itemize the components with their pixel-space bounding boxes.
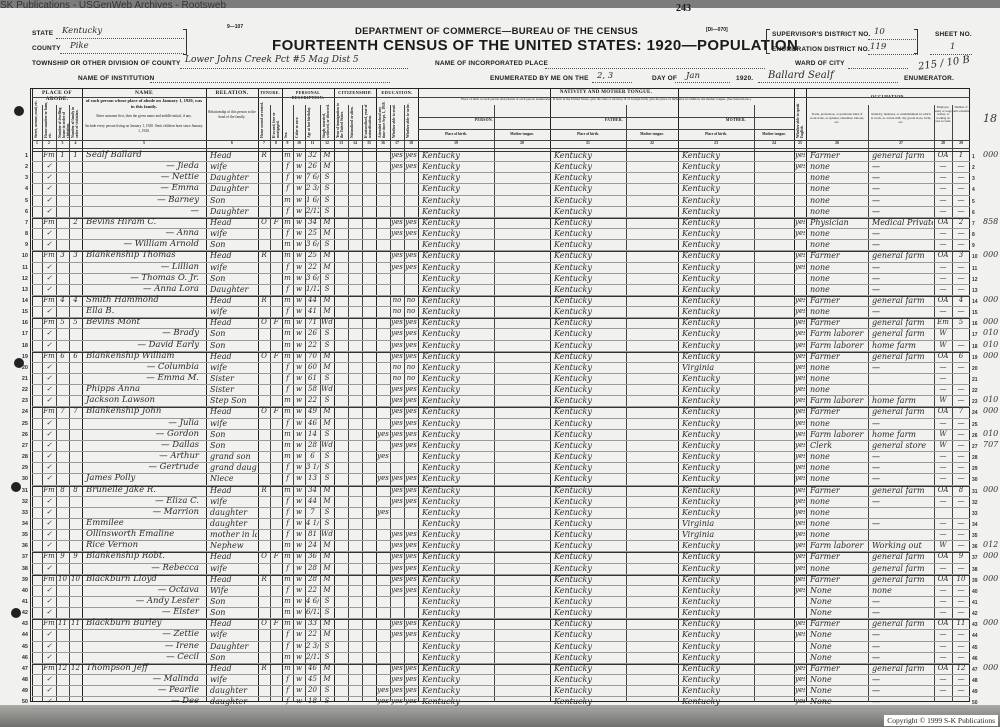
cell-dwelling [57, 607, 68, 618]
cell-mbirth: Virginia [679, 529, 753, 540]
cell-school [377, 195, 389, 206]
line-number-right: 10 [972, 254, 982, 260]
cell-age: 60 [306, 362, 319, 373]
margin-code: 010 [983, 340, 998, 349]
cell-street [33, 351, 41, 362]
cell-owned: R [259, 663, 269, 674]
cell-color: w [294, 418, 304, 429]
name-note-1: Enter surname first, then the given name… [84, 114, 204, 119]
cell-industry: Medical Private practice [869, 217, 933, 228]
line-number: 44 [16, 632, 28, 638]
cell-write [405, 195, 417, 206]
cell-dwelling [57, 183, 68, 194]
cell-relation: Head [207, 217, 257, 228]
cell-trade: Farmer [807, 295, 867, 306]
cell-dwelling [57, 652, 68, 663]
cell-english: yes [795, 451, 805, 462]
cell-street [33, 663, 41, 674]
cell-fbirth: Kentucky [551, 328, 625, 339]
cell-mbirth: Kentucky [679, 183, 753, 194]
cell-color: w [294, 362, 304, 373]
cell-write: yes [405, 563, 417, 574]
cell-marital: S [321, 652, 333, 663]
cell-free [271, 250, 281, 261]
cell-name: — Octava [83, 585, 205, 596]
cell-farm: — [953, 273, 969, 284]
cell-marital: M [321, 228, 333, 239]
cell-house: ✓ [43, 473, 55, 484]
cell-house: Fm [43, 250, 55, 261]
cell-name: James Polly [83, 473, 205, 484]
cell-color: w [294, 429, 304, 440]
cell-sex: f [283, 262, 292, 273]
cell-owned [259, 284, 269, 295]
line-number: 49 [16, 688, 28, 694]
township-label: TOWNSHIP OR OTHER DIVISION OF COUNTY [32, 60, 181, 67]
cell-school: yes [377, 451, 389, 462]
grid-line [418, 129, 794, 130]
cell-owned [259, 340, 269, 351]
cell-write: yes [405, 395, 417, 406]
cell-relation: Head [207, 551, 257, 562]
line-number: 18 [16, 343, 28, 349]
cell-dwelling [57, 473, 68, 484]
cell-write [405, 183, 417, 194]
cell-school [377, 228, 389, 239]
cell-school [377, 629, 389, 640]
cell-mbirth: Kentucky [679, 340, 753, 351]
cell-farm [953, 507, 969, 518]
cell-free [271, 507, 281, 518]
cell-name: Blankenship Robt. [83, 551, 205, 562]
subheader-c15: If naturalized, year of naturalization. [364, 100, 375, 138]
line-number: 24 [16, 409, 28, 415]
cell-birth: Kentucky [419, 284, 493, 295]
cell-write: yes [405, 496, 417, 507]
cell-read [391, 596, 403, 607]
cell-industry: home farm [869, 429, 933, 440]
line-number: 41 [16, 599, 28, 605]
cell-farm: — [953, 362, 969, 373]
cell-relation: Son [207, 652, 257, 663]
cell-write [405, 172, 417, 183]
cell-sex: f [283, 172, 292, 183]
cell-farm: 2 [953, 217, 969, 228]
cell-sex: f [283, 518, 292, 529]
cell-relation: Sister [207, 373, 257, 384]
cell-color: w [294, 328, 304, 339]
cell-write: yes [405, 328, 417, 339]
cell-house: ✓ [43, 641, 55, 652]
cell-emp: — [935, 585, 951, 596]
cell-age: 41 [306, 306, 319, 317]
cell-emp: OA [935, 406, 951, 417]
cell-relation: Son [207, 607, 257, 618]
cell-trade: None [807, 607, 867, 618]
cell-marital: M [321, 563, 333, 574]
enumerator-label: ENUMERATOR. [904, 75, 954, 82]
cell-dwelling: 6 [57, 351, 68, 362]
cell-street [33, 473, 41, 484]
cell-farm: 7 [953, 406, 969, 417]
cell-marital: Wd [321, 529, 333, 540]
cell-mbirth: Kentucky [679, 507, 753, 518]
cell-age: 2/12 [306, 206, 319, 217]
cell-sex: f [283, 206, 292, 217]
cell-owned [259, 529, 269, 540]
cell-family [70, 451, 81, 462]
cell-marital: M [321, 150, 333, 161]
cell-street [33, 574, 41, 585]
cell-emp: — [935, 206, 951, 217]
cell-age: 61 [306, 373, 319, 384]
column-number: 7 [258, 141, 270, 145]
cell-family [70, 195, 81, 206]
cell-dwelling [57, 674, 68, 685]
cell-color: w [294, 440, 304, 451]
cell-sex: m [283, 406, 292, 417]
cell-industry: general farm [869, 406, 933, 417]
cell-sex: m [283, 551, 292, 562]
cell-english: yes [795, 150, 805, 161]
cell-read [391, 607, 403, 618]
cell-house: ✓ [43, 518, 55, 529]
cell-mbirth: Kentucky [679, 195, 753, 206]
line-number: 32 [16, 499, 28, 505]
line-number: 25 [16, 421, 28, 427]
margin-code: 858 [983, 217, 998, 226]
cell-family [70, 262, 81, 273]
cell-color: w [294, 239, 304, 250]
cell-family: 1 [70, 150, 81, 161]
cell-read: yes [391, 496, 403, 507]
cell-age: 4 6/12 [306, 596, 319, 607]
cell-school [377, 295, 389, 306]
cell-emp: — [935, 629, 951, 640]
cell-mbirth: Kentucky [679, 451, 753, 462]
cell-fbirth: Kentucky [551, 262, 625, 273]
subheader-mother-tongue: Mother tongue. [754, 132, 794, 137]
cell-house: ✓ [43, 228, 55, 239]
cell-name: — Elster [83, 607, 205, 618]
cell-school [377, 540, 389, 551]
cell-family [70, 373, 81, 384]
cell-sex: f [283, 629, 292, 640]
cell-industry: — [869, 473, 933, 484]
cell-english: yes [795, 317, 805, 328]
cell-farm: 8 [953, 485, 969, 496]
cell-relation: Son [207, 273, 257, 284]
cell-industry: — [869, 641, 933, 652]
margin-code: 000 [983, 663, 998, 672]
cell-write: yes [405, 574, 417, 585]
cell-farm: — [953, 585, 969, 596]
cell-english [795, 172, 805, 183]
line-number: 14 [16, 298, 28, 304]
cell-age: 34 [306, 485, 319, 496]
cell-street [33, 518, 41, 529]
cell-age: 45 [306, 674, 319, 685]
cell-color: w [294, 540, 304, 551]
line-number: 15 [16, 309, 28, 315]
line-number-right: 47 [972, 667, 982, 673]
grid-line [418, 117, 794, 118]
line-number-right: 31 [972, 489, 982, 495]
line-number: 28 [16, 454, 28, 460]
supervisor-value: 10 [874, 27, 885, 37]
cell-fbirth: Kentucky [551, 295, 625, 306]
cell-birth: Kentucky [419, 440, 493, 451]
cell-farm: — [953, 674, 969, 685]
cell-marital: S [321, 183, 333, 194]
cell-street [33, 585, 41, 596]
cell-sex: f [283, 418, 292, 429]
cell-industry: — [869, 206, 933, 217]
cell-farm: 12 [953, 663, 969, 674]
column-number: 23 [678, 141, 754, 145]
cell-fbirth: Kentucky [551, 462, 625, 473]
cell-read: yes [391, 529, 403, 540]
watermark: SK Publications - USGenWeb Archives - Ro… [0, 0, 226, 11]
cell-emp: — [935, 563, 951, 574]
subheader-c18: Whether able to write. [406, 100, 417, 138]
cell-free [271, 440, 281, 451]
cell-sex: m [283, 340, 292, 351]
cell-english: yes [795, 518, 805, 529]
line-number-right: 13 [972, 288, 982, 294]
cell-name: — Eliza C. [83, 496, 205, 507]
cell-farm: — [953, 685, 969, 696]
cell-street [33, 328, 41, 339]
cell-sex: m [283, 540, 292, 551]
cell-fbirth: Kentucky [551, 406, 625, 417]
cell-owned [259, 629, 269, 640]
cell-street [33, 406, 41, 417]
cell-family [70, 674, 81, 685]
cell-write [405, 596, 417, 607]
cell-marital: S [321, 395, 333, 406]
cell-street [33, 507, 41, 518]
day-of-label: DAY OF [652, 75, 677, 82]
cell-color: w [294, 262, 304, 273]
cell-school: yes [377, 507, 389, 518]
cell-age: 2 3/12 [306, 641, 319, 652]
cell-free [271, 674, 281, 685]
line-number-right: 2 [972, 165, 982, 171]
cell-owned [259, 206, 269, 217]
cell-sex: m [283, 150, 292, 161]
subheader-c8: If owned, free or mortgaged. [272, 100, 281, 138]
column-number: 10 [293, 141, 305, 145]
cell-read: yes [391, 262, 403, 273]
cell-owned [259, 306, 269, 317]
cell-street [33, 340, 41, 351]
cell-name: — Dallas [83, 440, 205, 451]
cell-farm: — [953, 696, 969, 707]
cell-industry: — [869, 607, 933, 618]
line-number: 26 [16, 432, 28, 438]
cell-trade: Farm laborer [807, 328, 867, 339]
cell-dwelling: 7 [57, 406, 68, 417]
cell-english: yes [795, 473, 805, 484]
cell-birth: Kentucky [419, 351, 493, 362]
cell-owned [259, 418, 269, 429]
cell-sex: f [283, 384, 292, 395]
cell-street [33, 451, 41, 462]
cell-sex: m [283, 607, 292, 618]
cell-emp: — [935, 262, 951, 273]
cell-school [377, 161, 389, 172]
subheader-c3: Number of dwelling house in order of vis… [58, 100, 68, 138]
cell-color: w [294, 563, 304, 574]
cell-write: yes [405, 529, 417, 540]
cell-color: w [294, 618, 304, 629]
cell-marital: M [321, 295, 333, 306]
cell-free [271, 607, 281, 618]
cell-sex: m [283, 485, 292, 496]
cell-relation: Daughter [207, 641, 257, 652]
cell-sex: f [283, 529, 292, 540]
cell-street [33, 485, 41, 496]
cell-write [405, 239, 417, 250]
cell-write [405, 462, 417, 473]
cell-birth: Kentucky [419, 518, 493, 529]
cell-free [271, 373, 281, 384]
column-number: 16 [376, 141, 390, 145]
line-number: 11 [16, 265, 28, 271]
cell-trade: none [807, 206, 867, 217]
cell-english: yes [795, 429, 805, 440]
column-number: 9 [282, 141, 293, 145]
cell-owned: R [259, 250, 269, 261]
cell-mbirth: Kentucky [679, 429, 753, 440]
cell-name: — Brady [83, 328, 205, 339]
cell-marital: M [321, 306, 333, 317]
cell-owned [259, 328, 269, 339]
column-number: 3 [56, 141, 69, 145]
cell-english: yes [795, 395, 805, 406]
cell-free: F [271, 406, 281, 417]
cell-english: yes [795, 629, 805, 640]
cell-family [70, 306, 81, 317]
cell-name: — Gertrude [83, 462, 205, 473]
cell-emp: — [935, 674, 951, 685]
cell-write: yes [405, 228, 417, 239]
cell-fbirth: Kentucky [551, 306, 625, 317]
cell-read: no [391, 306, 403, 317]
cell-age: 70 [306, 351, 319, 362]
margin-code: 000 [983, 351, 998, 360]
line-number-right: 42 [972, 611, 982, 617]
cell-emp: W [935, 340, 951, 351]
cell-family: 8 [70, 485, 81, 496]
cell-emp: W [935, 429, 951, 440]
employer-description: Employer, salary or wage worker, or work… [934, 106, 952, 124]
margin-code: 010 [983, 395, 998, 404]
column-number: 11 [305, 141, 320, 145]
township-value: Lower Johns Creek Pct #5 Mag Dist 5 [185, 55, 359, 65]
cell-industry: — [869, 674, 933, 685]
cell-owned [259, 262, 269, 273]
cell-owned: R [259, 295, 269, 306]
cell-house: ✓ [43, 239, 55, 250]
cell-read: yes [391, 406, 403, 417]
cell-street [33, 273, 41, 284]
cell-school [377, 674, 389, 685]
cell-trade: none [807, 563, 867, 574]
cell-owned: O [259, 217, 269, 228]
cell-english [795, 183, 805, 194]
line-number: 39 [16, 577, 28, 583]
cell-relation: Son [207, 328, 257, 339]
cell-fbirth: Kentucky [551, 161, 625, 172]
cell-read [391, 507, 403, 518]
cell-fbirth: Kentucky [551, 351, 625, 362]
cell-owned [259, 228, 269, 239]
cell-write: yes [405, 406, 417, 417]
cell-industry: general farm [869, 328, 933, 339]
cell-free [271, 641, 281, 652]
cell-farm: — [953, 496, 969, 507]
cell-emp: — [935, 518, 951, 529]
cell-street [33, 362, 41, 373]
column-number: 29 [952, 141, 970, 145]
cell-name: — Barney [83, 195, 205, 206]
cell-family [70, 696, 81, 707]
cell-birth: Kentucky [419, 596, 493, 607]
cell-age: 2 3/12 [306, 183, 319, 194]
cell-read [391, 284, 403, 295]
subheader-c12: Single, married, widowed, or divorced. [322, 100, 333, 138]
cell-owned [259, 183, 269, 194]
cell-mbirth: Kentucky [679, 685, 753, 696]
cell-marital: M [321, 217, 333, 228]
cell-write: yes [405, 317, 417, 328]
cell-emp: — [935, 239, 951, 250]
cell-trade: none [807, 384, 867, 395]
cell-english: yes [795, 295, 805, 306]
month-value: Jan [686, 71, 700, 81]
cell-relation: wife [207, 496, 257, 507]
column-number: 12 [320, 141, 334, 145]
cell-emp: — [935, 384, 951, 395]
cell-sex: f [283, 183, 292, 194]
cell-english: yes [795, 462, 805, 473]
cell-color: w [294, 551, 304, 562]
line-number: 9 [16, 242, 28, 248]
column-number: 19 [418, 141, 494, 145]
cell-free [271, 574, 281, 585]
line-number-right: 9 [972, 243, 982, 249]
cell-birth: Kentucky [419, 529, 493, 540]
cell-birth: Kentucky [419, 451, 493, 462]
enumeration-value: 119 [870, 42, 886, 52]
cell-house: ✓ [43, 306, 55, 317]
cell-sex: f [283, 228, 292, 239]
cell-write: yes [405, 351, 417, 362]
cell-birth: Kentucky [419, 228, 493, 239]
cell-trade: None [807, 674, 867, 685]
cell-english [795, 195, 805, 206]
column-number: 14 [348, 141, 362, 145]
cell-name: — Lillian [83, 262, 205, 273]
incorporated-label: NAME OF INCORPORATED PLACE [435, 60, 548, 67]
cell-age: 18 [306, 696, 319, 707]
subheader-c7: Home owned or rented. [260, 100, 269, 138]
cell-trade: none [807, 373, 867, 384]
cell-industry: general farm [869, 663, 933, 674]
cell-street [33, 284, 41, 295]
